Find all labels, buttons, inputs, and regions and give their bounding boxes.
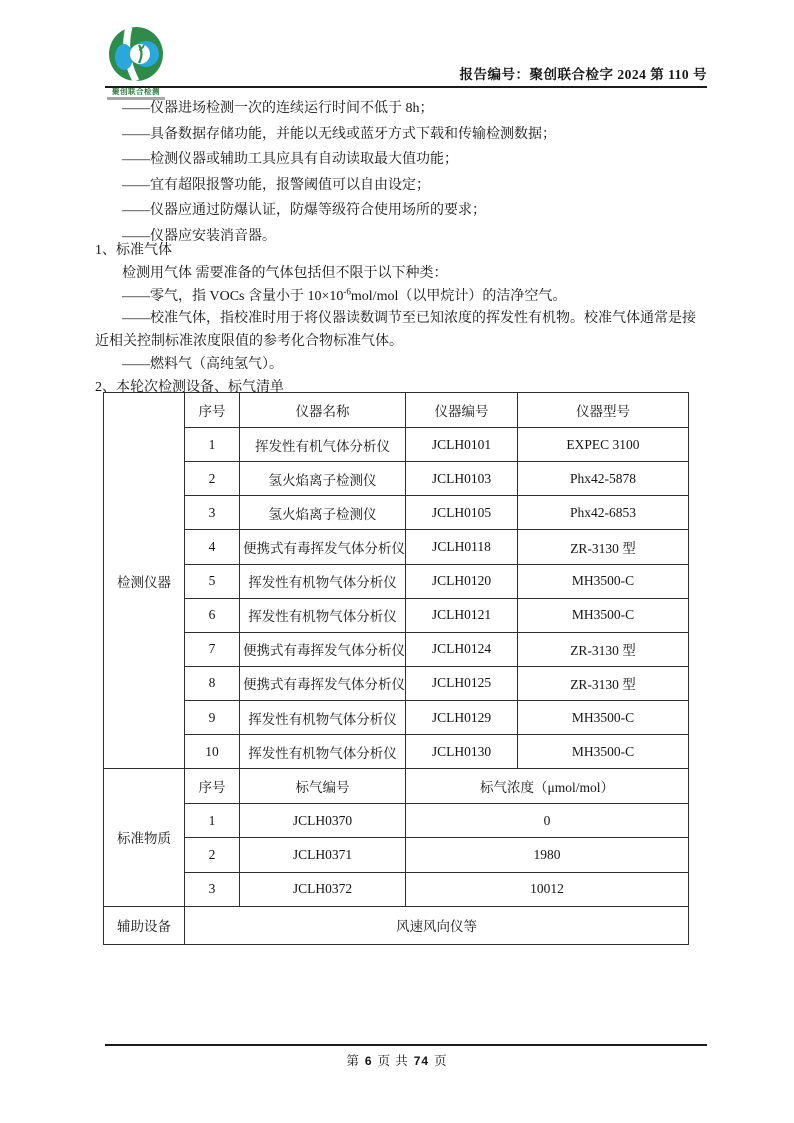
cell-concentration: 10012 [406,872,689,906]
instrument-row: 3 氢火焰离子检测仪 JCLH0105 Phx42-6853 [104,496,689,530]
instrument-row: 6 挥发性有机物气体分析仪 JCLH0121 MH3500-C [104,598,689,632]
cell-model: EXPEC 3100 [518,428,689,462]
requirement-line: ——仪器应通过防爆认证，防爆等级符合使用场所的要求； [95,198,701,224]
standard-row: 3 JCLH0372 10012 [104,872,689,906]
section1-intro: 检测用气体 需要准备的气体包括但不限于以下种类： [95,263,701,286]
fuel-gas-line: ——燃料气（高纯氢气）。 [95,354,701,377]
header-cell: 仪器编号 [406,393,518,428]
instrument-row: 7 便携式有毒挥发气体分析仪 JCLH0124 ZR-3130 型 [104,632,689,666]
report-number: 报告编号：聚创联合检字 2024 第 110 号 [459,63,707,83]
footer-prefix: 第 [346,1054,360,1068]
group-label-auxiliary: 辅助设备 [104,906,185,944]
zero-gas-line: ——零气，指 VOCs 含量小于 10×10-6mol/mol（以甲烷计）的洁净… [95,286,701,309]
cell-model: ZR-3130 型 [518,632,689,666]
instrument-row: 9 挥发性有机物气体分析仪 JCLH0129 MH3500-C [104,701,689,735]
company-logo: 聚创联合检测 [104,26,168,100]
requirement-line: ——检测仪器或辅助工具应具有自动读取最大值功能； [95,147,701,173]
company-logo-icon [108,26,164,82]
requirement-line: ——仪器进场检测一次的连续运行时间不低于 8h； [95,96,701,122]
requirements-list: ——仪器进场检测一次的连续运行时间不低于 8h； ——具备数据存储功能，并能以无… [95,96,701,249]
instrument-row: 1 挥发性有机气体分析仪 JCLH0101 EXPEC 3100 [104,428,689,462]
header-cell: 仪器名称 [240,393,406,428]
cell-name: 便携式有毒挥发气体分析仪 [240,530,406,564]
cell-no: 10 [185,735,240,769]
requirement-line: ——宜有超限报警功能，报警阈值可以自由设定； [95,173,701,199]
cell-no: 1 [185,428,240,462]
header-cell: 序号 [185,769,240,804]
cell-model: Phx42-5878 [518,462,689,496]
footer-current-page: 6 [365,1054,373,1068]
cell-code: JCLH0121 [406,598,518,632]
header-cell: 序号 [185,393,240,428]
cell-name: 挥发性有机物气体分析仪 [240,701,406,735]
instrument-row: 5 挥发性有机物气体分析仪 JCLH0120 MH3500-C [104,564,689,598]
cell-concentration: 1980 [406,838,689,872]
cell-code: JCLH0103 [406,462,518,496]
zero-gas-exponent: -6 [343,286,351,296]
cell-model: MH3500-C [518,701,689,735]
header-cell: 标气编号 [240,769,406,804]
cell-auxiliary-value: 风速风向仪等 [185,906,689,944]
cell-model: ZR-3130 型 [518,530,689,564]
header-cell: 标气浓度（μmol/mol） [406,769,689,804]
cell-no: 8 [185,666,240,700]
header-cell: 仪器型号 [518,393,689,428]
standards-header-row: 标准物质 序号 标气编号 标气浓度（μmol/mol） [104,769,689,804]
logo-caption: 聚创联合检测 [104,88,168,96]
cell-model: ZR-3130 型 [518,666,689,700]
cell-code: JCLH0105 [406,496,518,530]
cell-no: 2 [185,462,240,496]
instrument-row: 4 便携式有毒挥发气体分析仪 JCLH0118 ZR-3130 型 [104,530,689,564]
footer-suffix: 页 [434,1054,448,1068]
cell-code: JCLH0129 [406,701,518,735]
instrument-row: 10 挥发性有机物气体分析仪 JCLH0130 MH3500-C [104,735,689,769]
instrument-row: 8 便携式有毒挥发气体分析仪 JCLH0125 ZR-3130 型 [104,666,689,700]
cell-model: Phx42-6853 [518,496,689,530]
cell-name: 氢火焰离子检测仪 [240,462,406,496]
cell-code: JCLH0124 [406,632,518,666]
standard-gas-section: 1、标准气体 检测用气体 需要准备的气体包括但不限于以下种类： ——零气，指 V… [95,240,701,400]
cell-name: 便携式有毒挥发气体分析仪 [240,632,406,666]
section1-title: 1、标准气体 [95,240,701,263]
cell-no: 3 [185,872,240,906]
cell-model: MH3500-C [518,564,689,598]
standard-row: 1 JCLH0370 0 [104,804,689,838]
cell-no: 3 [185,496,240,530]
page-number: 第6页 共74页 [0,1051,794,1069]
instrument-row: 2 氢火焰离子检测仪 JCLH0103 Phx42-5878 [104,462,689,496]
header-rule [105,86,707,88]
footer-middle: 页 共 [378,1054,409,1068]
cell-model: MH3500-C [518,598,689,632]
zero-gas-after: mol/mol（以甲烷计）的洁净空气。 [351,289,566,304]
cell-no: 4 [185,530,240,564]
footer-total-pages: 74 [414,1054,429,1068]
cell-model: MH3500-C [518,735,689,769]
zero-gas-before: ——零气，指 VOCs 含量小于 10×10 [122,289,343,304]
cell-concentration: 0 [406,804,689,838]
cell-code: JCLH0130 [406,735,518,769]
group-label-instruments: 检测仪器 [104,393,185,769]
cell-name: 挥发性有机物气体分析仪 [240,735,406,769]
standard-row: 2 JCLH0371 1980 [104,838,689,872]
auxiliary-row: 辅助设备 风速风向仪等 [104,906,689,944]
cell-no: 5 [185,564,240,598]
cell-no: 6 [185,598,240,632]
footer-rule [105,1044,707,1046]
group-label-standards: 标准物质 [104,769,185,906]
cell-name: 挥发性有机物气体分析仪 [240,598,406,632]
cell-no: 7 [185,632,240,666]
cell-name: 氢火焰离子检测仪 [240,496,406,530]
cell-name: 挥发性有机物气体分析仪 [240,564,406,598]
cell-code: JCLH0371 [240,838,406,872]
cell-code: JCLH0125 [406,666,518,700]
cell-code: JCLH0120 [406,564,518,598]
equipment-table: 检测仪器 序号 仪器名称 仪器编号 仪器型号 1 挥发性有机气体分析仪 JCLH… [103,392,689,945]
cell-name: 挥发性有机气体分析仪 [240,428,406,462]
cell-no: 9 [185,701,240,735]
requirement-line: ——具备数据存储功能，并能以无线或蓝牙方式下载和传输检测数据； [95,122,701,148]
cell-name: 便携式有毒挥发气体分析仪 [240,666,406,700]
cal-gas-line: ——校准气体，指校准时用于将仪器读数调节至已知浓度的挥发性有机物。校准气体通常是… [95,308,701,354]
cell-no: 2 [185,838,240,872]
cell-no: 1 [185,804,240,838]
document-page: 聚创联合检测 报告编号：聚创联合检字 2024 第 110 号 ——仪器进场检测… [0,0,794,1123]
cell-code: JCLH0372 [240,872,406,906]
cell-code: JCLH0101 [406,428,518,462]
instrument-header-row: 检测仪器 序号 仪器名称 仪器编号 仪器型号 [104,393,689,428]
cell-code: JCLH0370 [240,804,406,838]
cell-code: JCLH0118 [406,530,518,564]
